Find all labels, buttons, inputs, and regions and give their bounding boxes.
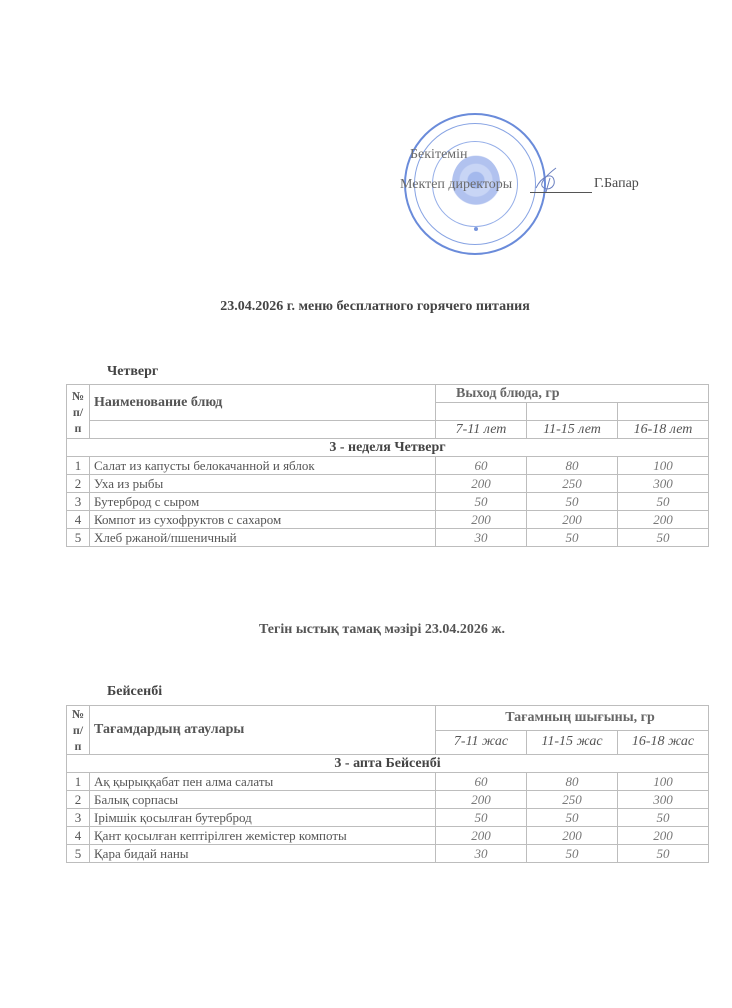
dish-name: Қант қосылған кептірілген жемістер компо… (90, 827, 436, 845)
menu-title-ru: 23.04.2026 г. меню бесплатного горячего … (0, 299, 732, 315)
row-number: 3 (67, 493, 90, 511)
age-group-header: 11-15 жас (527, 730, 618, 755)
portion-grams: 50 (527, 809, 618, 827)
week-label: 3 - неделя Четверг (67, 439, 709, 457)
table-row: 3Ірімшік қосылған бутерброд505050 (67, 809, 709, 827)
age-group-header: 16-18 лет (618, 421, 709, 439)
portion-grams: 50 (618, 529, 709, 547)
portion-grams: 50 (527, 529, 618, 547)
age-group-header: 7-11 лет (436, 421, 527, 439)
age-group-header: 11-15 лет (527, 421, 618, 439)
portion-grams: 250 (527, 475, 618, 493)
row-number: 5 (67, 529, 90, 547)
dish-name: Қара бидай наны (90, 845, 436, 863)
portion-grams: 80 (527, 457, 618, 475)
portion-grams: 200 (618, 827, 709, 845)
portion-grams: 30 (436, 529, 527, 547)
portion-grams: 80 (527, 773, 618, 791)
portion-grams: 250 (527, 791, 618, 809)
director-position: Мектеп директоры (400, 177, 512, 193)
week-label: 3 - апта Бейсенбі (67, 755, 709, 773)
col-name-header: Наименование блюд (90, 385, 436, 421)
dish-name: Салат из капусты белокачанной и яблок (90, 457, 436, 475)
portion-grams: 200 (527, 511, 618, 529)
row-number: 4 (67, 511, 90, 529)
age-group-header: 16-18 жас (618, 730, 709, 755)
age-group-header: 7-11 жас (436, 730, 527, 755)
row-number: 1 (67, 773, 90, 791)
portion-grams: 300 (618, 475, 709, 493)
portion-grams: 200 (436, 827, 527, 845)
table-row: 5Қара бидай наны305050 (67, 845, 709, 863)
portion-grams: 50 (436, 809, 527, 827)
portion-grams: 200 (618, 511, 709, 529)
row-number: 2 (67, 475, 90, 493)
portion-grams: 100 (618, 457, 709, 475)
director-name: Г.Бапар (594, 176, 639, 192)
dish-name: Компот из сухофруктов с сахаром (90, 511, 436, 529)
dish-name: Ірімшік қосылған бутерброд (90, 809, 436, 827)
approved-label: Бекітемін (410, 147, 468, 163)
row-number: 4 (67, 827, 90, 845)
portion-grams: 200 (527, 827, 618, 845)
portion-grams: 50 (618, 809, 709, 827)
table-row: 3Бутерброд с сыром505050 (67, 493, 709, 511)
day-label-ru: Четверг (107, 364, 158, 380)
portion-grams: 50 (527, 493, 618, 511)
day-label-kz: Бейсенбі (107, 684, 162, 700)
table-row: 2Уха из рыбы200250300 (67, 475, 709, 493)
col-num-header: № п/п (67, 706, 90, 755)
table-row: 4Компот из сухофруктов с сахаром20020020… (67, 511, 709, 529)
table-row: 4Қант қосылған кептірілген жемістер комп… (67, 827, 709, 845)
dish-name: Балық сорпасы (90, 791, 436, 809)
portion-grams: 50 (618, 845, 709, 863)
portion-grams: 50 (618, 493, 709, 511)
table-row: 1Ақ қырыққабат пен алма салаты6080100 (67, 773, 709, 791)
col-group-header: Тағамның шығыны, гр (436, 706, 709, 731)
row-number: 3 (67, 809, 90, 827)
row-number: 2 (67, 791, 90, 809)
signature-icon (532, 162, 568, 194)
table-row: 5Хлеб ржаной/пшеничный305050 (67, 529, 709, 547)
portion-grams: 300 (618, 791, 709, 809)
portion-grams: 30 (436, 845, 527, 863)
portion-grams: 200 (436, 475, 527, 493)
dish-name: Хлеб ржаной/пшеничный (90, 529, 436, 547)
dish-name: Бутерброд с сыром (90, 493, 436, 511)
dish-name: Ақ қырыққабат пен алма салаты (90, 773, 436, 791)
portion-grams: 50 (527, 845, 618, 863)
portion-grams: 100 (618, 773, 709, 791)
row-number: 5 (67, 845, 90, 863)
row-number: 1 (67, 457, 90, 475)
col-group-header: Выход блюда, гр (436, 385, 709, 403)
col-name-header: Тағамдардың атаулары (90, 706, 436, 755)
portion-grams: 50 (436, 493, 527, 511)
portion-grams: 60 (436, 457, 527, 475)
portion-grams: 200 (436, 511, 527, 529)
menu-title-kz: Тегін ыстық тамақ мәзірі 23.04.2026 ж. (0, 622, 732, 638)
menu-table-ru: № п/п Наименование блюд Выход блюда, гр … (66, 384, 709, 547)
portion-grams: 200 (436, 791, 527, 809)
table-row: 2Балық сорпасы200250300 (67, 791, 709, 809)
col-num-header: № п/п (67, 385, 90, 439)
signature-line (530, 192, 592, 193)
table-row: 1Салат из капусты белокачанной и яблок60… (67, 457, 709, 475)
dish-name: Уха из рыбы (90, 475, 436, 493)
menu-table-kz: № п/п Тағамдардың атаулары Тағамның шығы… (66, 705, 709, 863)
portion-grams: 60 (436, 773, 527, 791)
